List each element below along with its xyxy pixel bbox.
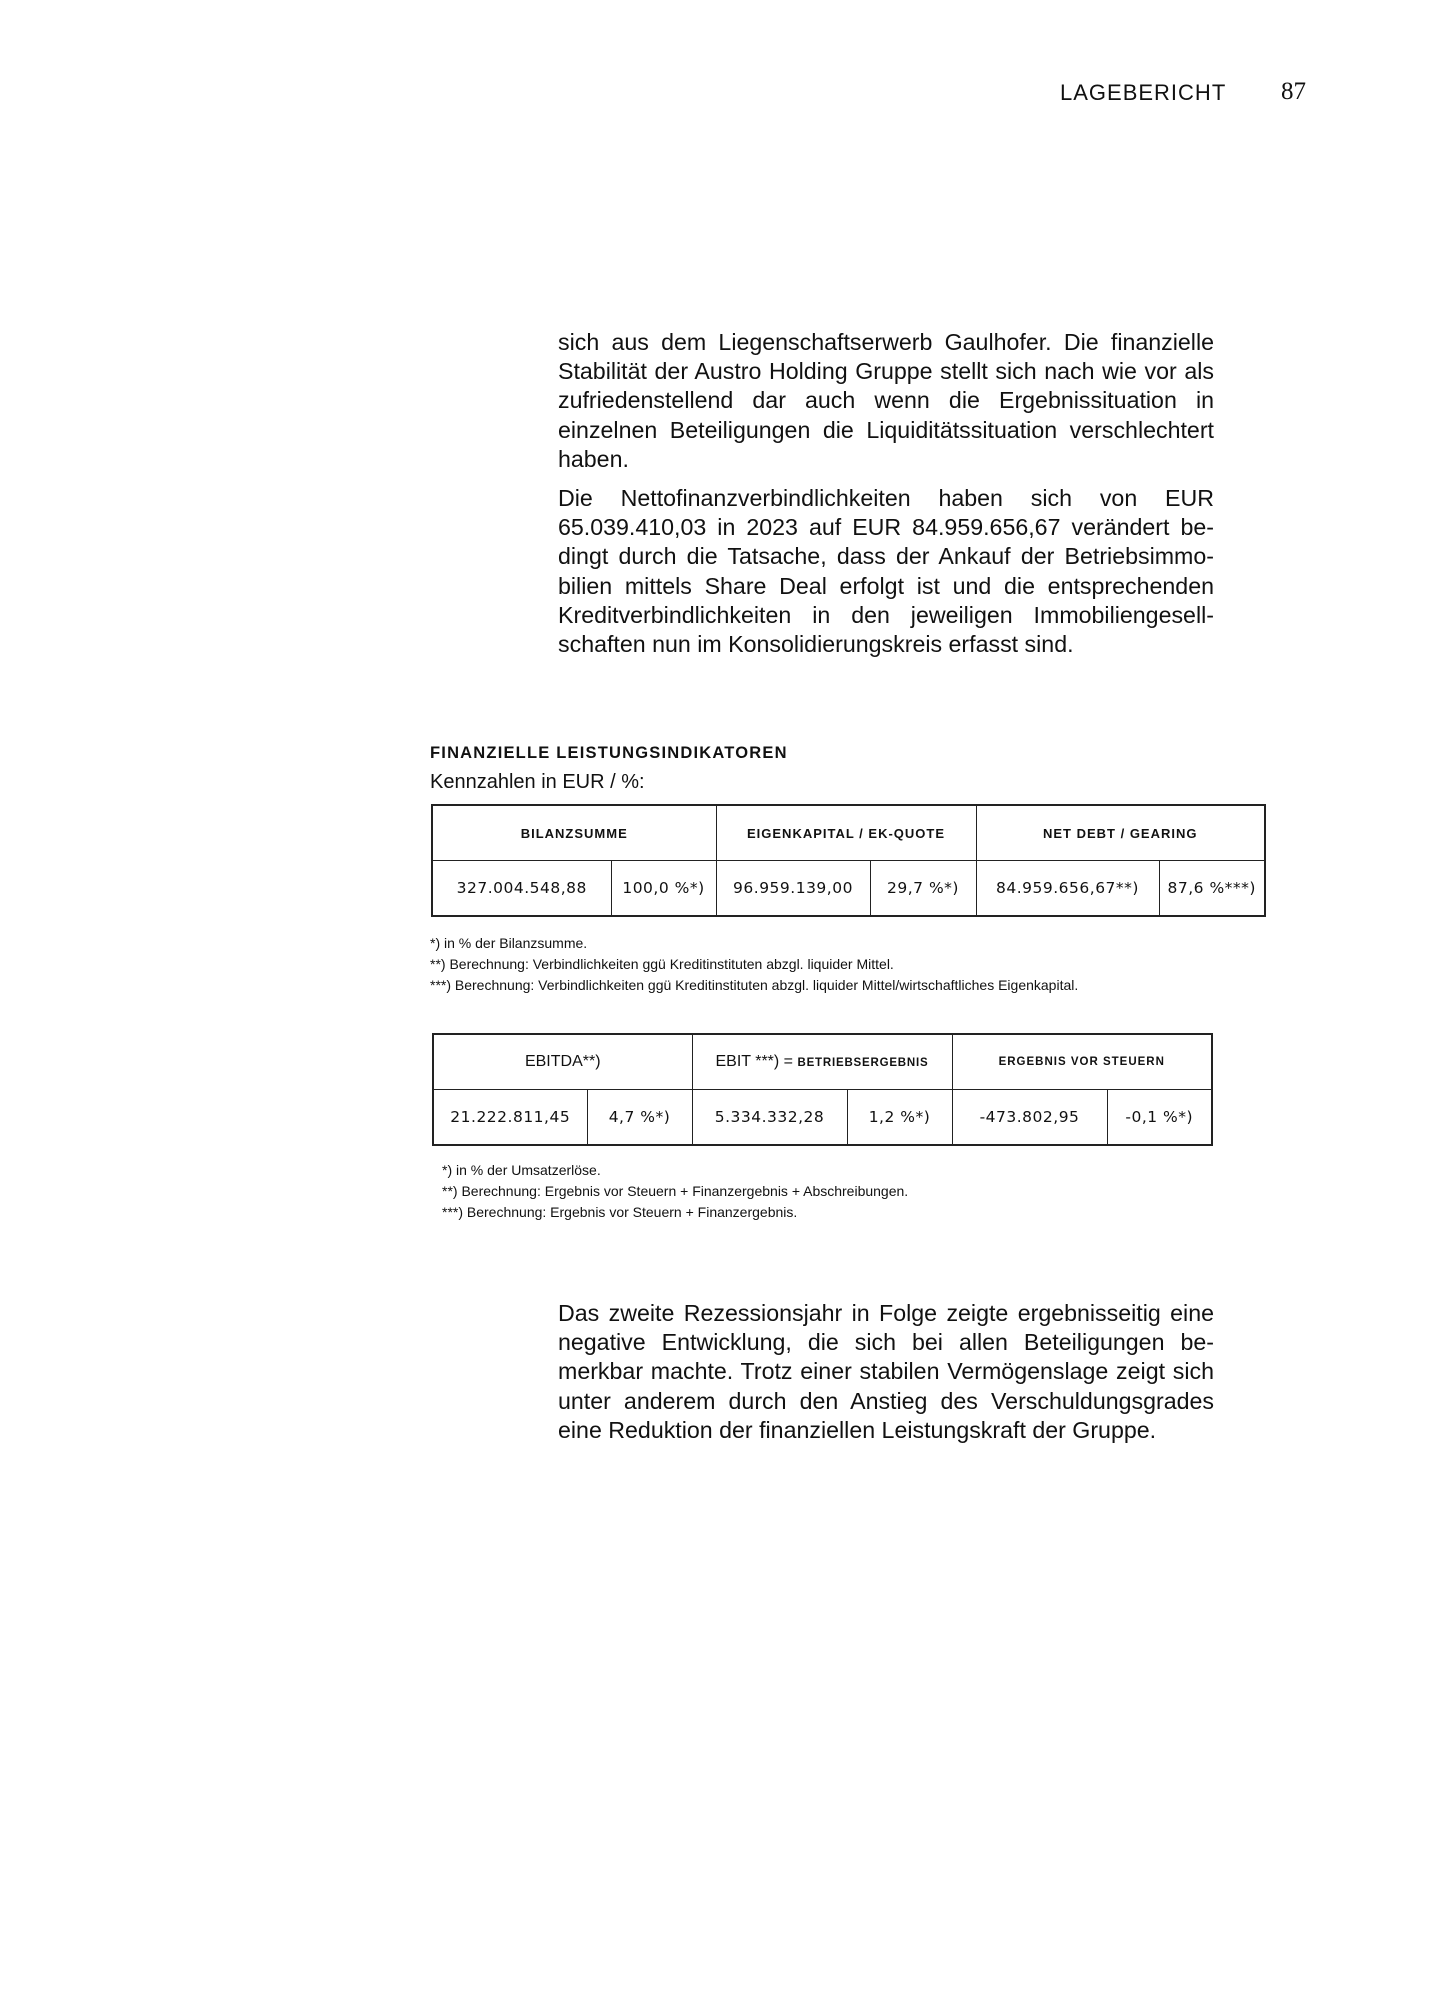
footnotes-table2: *) in % der Umsatzerlöse. **) Berechnung…	[442, 1160, 908, 1223]
header-ebit-suffix: BETRIEBSERGEBNIS	[797, 1057, 928, 1069]
table-header-row: BILANZSUMME EIGENKAPITAL / EK-QUOTE NET …	[432, 805, 1265, 861]
running-head-section-title: LAGEBERICHT	[1060, 80, 1226, 106]
table-row: 21.222.811,45 4,7 %*) 5.334.332,28 1,2 %…	[433, 1090, 1212, 1146]
paragraph-net-debt: Die Nettofinanzverbindlichkeiten haben s…	[558, 484, 1214, 659]
footnote: **) Berechnung: Verbindlichkeiten ggü Kr…	[430, 954, 1078, 975]
header-ebitda: EBITDA**)	[433, 1034, 692, 1090]
table-header-row: EBITDA**) EBIT ***) = BETRIEBSERGEBNIS E…	[433, 1034, 1212, 1090]
footnotes-table1: *) in % der Bilanzsumme. **) Berechnung:…	[430, 933, 1078, 996]
section-heading: FINANZIELLE LEISTUNGSINDIKATOREN	[430, 744, 788, 763]
header-ebit-prefix: EBIT ***) =	[716, 1053, 798, 1070]
value-ebitda-percent: 4,7 %*)	[587, 1090, 692, 1146]
header-ebt: ERGEBNIS VOR STEUERN	[952, 1034, 1212, 1090]
value-ebitda: 21.222.811,45	[433, 1090, 587, 1146]
kpi-table-balance: BILANZSUMME EIGENKAPITAL / EK-QUOTE NET …	[431, 804, 1266, 917]
closing-text-block: Das zweite Rezessionsjahr in Folge zeigt…	[558, 1299, 1214, 1455]
section-subheading: Kennzahlen in EUR / %:	[430, 771, 645, 794]
value-ebt: -473.802,95	[952, 1090, 1107, 1146]
value-ebit-percent: 1,2 %*)	[847, 1090, 952, 1146]
footnote: ***) Berechnung: Ergebnis vor Steuern + …	[442, 1202, 908, 1223]
footnote: *) in % der Umsatzerlöse.	[442, 1160, 908, 1181]
value-ebt-percent: -0,1 %*)	[1107, 1090, 1212, 1146]
paragraph-recession: Das zweite Rezessionsjahr in Folge zeigt…	[558, 1299, 1214, 1445]
value-eigenkapital: 96.959.139,00	[716, 861, 870, 917]
table-row: 327.004.548,88 100,0 %*) 96.959.139,00 2…	[432, 861, 1265, 917]
intro-text-block: sich aus dem Liegenschaftserwerb Gaulhof…	[558, 328, 1214, 669]
header-ebit: EBIT ***) = BETRIEBSERGEBNIS	[692, 1034, 952, 1090]
page-number: 87	[1281, 78, 1306, 106]
header-net-debt: NET DEBT / GEARING	[976, 805, 1265, 861]
value-ek-quote: 29,7 %*)	[870, 861, 976, 917]
value-ebit: 5.334.332,28	[692, 1090, 847, 1146]
value-net-debt: 84.959.656,67**)	[976, 861, 1159, 917]
paragraph-financial-stability: sich aus dem Liegenschaftserwerb Gaulhof…	[558, 328, 1214, 474]
footnote: **) Berechnung: Ergebnis vor Steuern + F…	[442, 1181, 908, 1202]
value-bilanzsumme-percent: 100,0 %*)	[611, 861, 716, 917]
kpi-table-earnings: EBITDA**) EBIT ***) = BETRIEBSERGEBNIS E…	[432, 1033, 1213, 1146]
header-eigenkapital: EIGENKAPITAL / EK-QUOTE	[716, 805, 976, 861]
footnote: *) in % der Bilanzsumme.	[430, 933, 1078, 954]
value-bilanzsumme: 327.004.548,88	[432, 861, 611, 917]
footnote: ***) Berechnung: Verbindlichkeiten ggü K…	[430, 975, 1078, 996]
header-bilanzsumme: BILANZSUMME	[432, 805, 716, 861]
value-gearing: 87,6 %***)	[1159, 861, 1265, 917]
